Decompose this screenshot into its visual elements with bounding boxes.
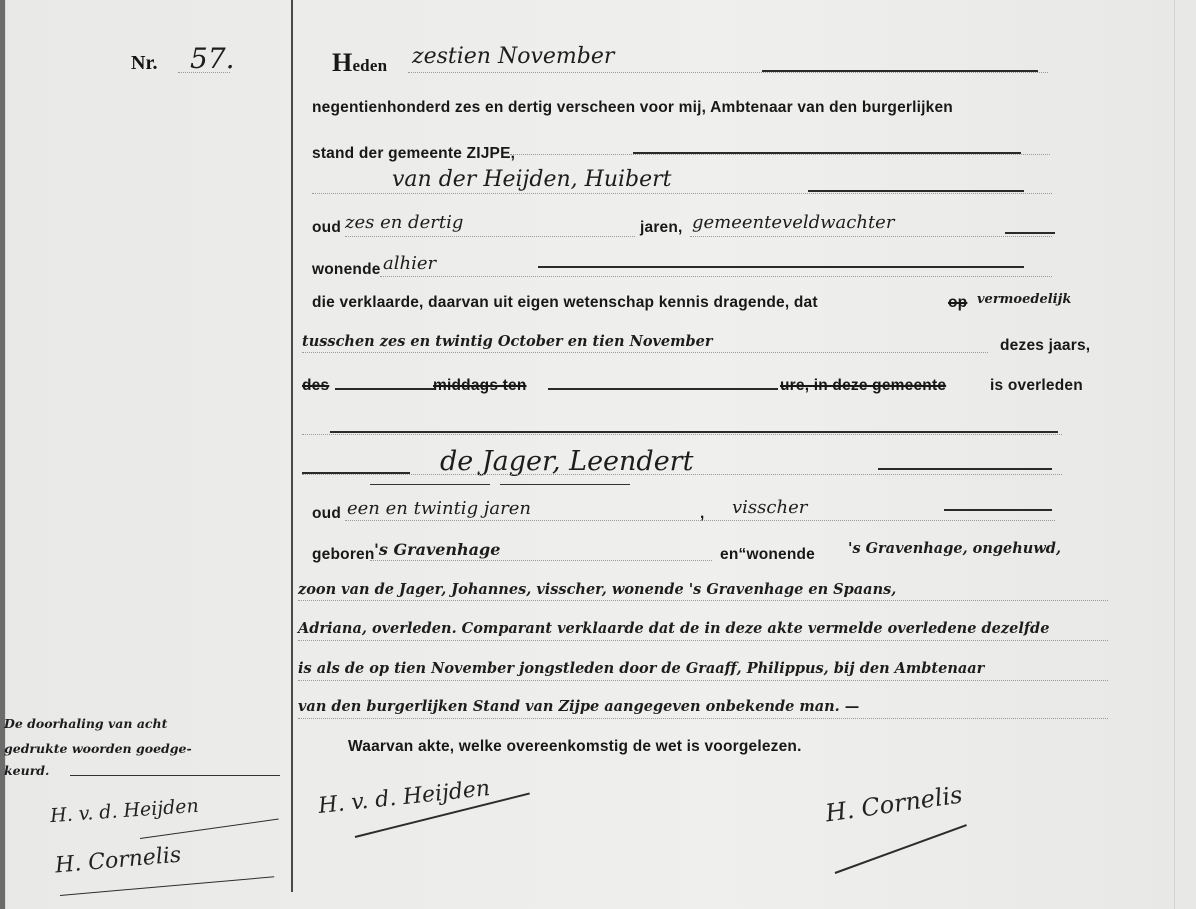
declarant-residence-fill-line (538, 266, 1024, 268)
printed-line-year: negentienhonderd zes en dertig verscheen… (312, 99, 953, 117)
death-period-line (302, 352, 988, 353)
struck-middags: middags ten (433, 377, 527, 395)
deceased-age: een en twintig jaren (347, 498, 531, 519)
declarant-age-line (345, 236, 635, 237)
closing-statement: Waarvan akte, welke overeenkomstig de we… (348, 738, 802, 756)
declarant-occupation-line (690, 236, 1052, 237)
declarant-residence-line (380, 276, 1052, 277)
gemeente-line (510, 154, 1050, 155)
birthplace-line (370, 560, 712, 561)
heden-label: Heden (332, 48, 387, 78)
dezes-jaars-label: dezes jaars, (1000, 337, 1090, 355)
declarant-name-fill-line (808, 190, 1024, 192)
geboren-label: geboren (312, 546, 375, 564)
comma-separator: , (700, 505, 705, 523)
parents-line-3: is als de op tien November jongstleden d… (298, 660, 984, 677)
margin-signature-official-flourish (60, 876, 274, 896)
record-number-line (178, 72, 230, 73)
deceased-name-fill-line (878, 468, 1052, 470)
jaren-label: jaren, (640, 219, 683, 237)
parents-line-1: zoon van de Jager, Johannes, visscher, w… (298, 581, 896, 598)
record-number: 57. (190, 42, 235, 75)
printed-verklaarde: die verklaarde, daarvan uit eigen wetens… (312, 294, 818, 312)
blank-line (302, 434, 1062, 435)
parents-line-1-rule (298, 600, 1108, 601)
date-line (408, 72, 1048, 73)
oud-label-1: oud (312, 219, 341, 237)
record-number-label: Nr. (131, 52, 157, 75)
parents-line-4: van den burgerlijken Stand van Zijpe aan… (298, 698, 859, 715)
signature-declarant: H. v. d. Heijden (317, 776, 491, 819)
margin-divider (291, 0, 293, 892)
overleden-label: is overleden (990, 377, 1083, 395)
wonende-label-1: wonende (312, 261, 381, 279)
deceased-givenname-underline (500, 484, 630, 485)
parents-line-2-rule (298, 640, 1108, 641)
margin-signature-declarant: H. v. d. Heijden (49, 795, 199, 827)
parents-line-3-rule (298, 680, 1108, 681)
date-handwritten: zestien November (412, 44, 614, 69)
printed-line-gemeente: stand der gemeente ZIJPE, (312, 145, 515, 163)
blank-fill-line (330, 431, 1058, 433)
signature-official-flourish (835, 824, 967, 874)
en-wonende-label: en“wonende (720, 546, 815, 564)
document-page: Nr. 57. Heden zestien November negentien… (0, 0, 1196, 909)
gemeente-fill-line (633, 152, 1021, 154)
signature-official: H. Cornelis (824, 781, 964, 828)
struck-ure: ure, in deze gemeente (780, 377, 946, 395)
deceased-name-line (302, 474, 1062, 475)
margin-note-line-2: gedrukte woorden goedge- (4, 741, 192, 756)
struck-line-1 (335, 388, 435, 390)
date-fill-line (762, 70, 1038, 72)
declarant-occupation: gemeenteveldwachter (692, 212, 894, 233)
death-period: tusschen zes en twintig October en tien … (302, 333, 713, 350)
deceased-occupation-fill-line (944, 509, 1052, 511)
declarant-age: zes en dertig (345, 212, 463, 233)
oud-label-2: oud (312, 505, 341, 523)
declarant-residence: alhier (383, 253, 436, 274)
margin-signature-declarant-flourish (140, 819, 279, 839)
parents-line-4-rule (298, 718, 1108, 719)
struck-op: op (948, 294, 967, 312)
parents-line-2: Adriana, overleden. Comparant verklaarde… (298, 620, 1049, 637)
deceased-surname-underline (370, 484, 490, 485)
page-fold (1174, 0, 1175, 909)
struck-des: des (302, 377, 329, 395)
margin-signature-official: H. Cornelis (54, 843, 182, 879)
residence: 's Gravenhage, ongehuwd, (848, 540, 1061, 557)
margin-note-line-1: De doorhaling van acht (4, 716, 167, 731)
struck-line-2 (548, 388, 778, 390)
birthplace: 's Gravenhage (374, 540, 500, 559)
vermoedelijk-handwritten: vermoedelijk (977, 292, 1071, 307)
margin-note-underline (70, 775, 280, 776)
declarant-occupation-fill-line (1005, 232, 1055, 234)
deceased-occupation: visscher (732, 497, 807, 518)
margin-note-line-3: keurd. (4, 763, 49, 778)
declarant-name-line (312, 193, 1052, 194)
declarant-name: van der Heijden, Huibert (392, 167, 672, 192)
deceased-name: de Jager, Leendert (440, 446, 693, 477)
